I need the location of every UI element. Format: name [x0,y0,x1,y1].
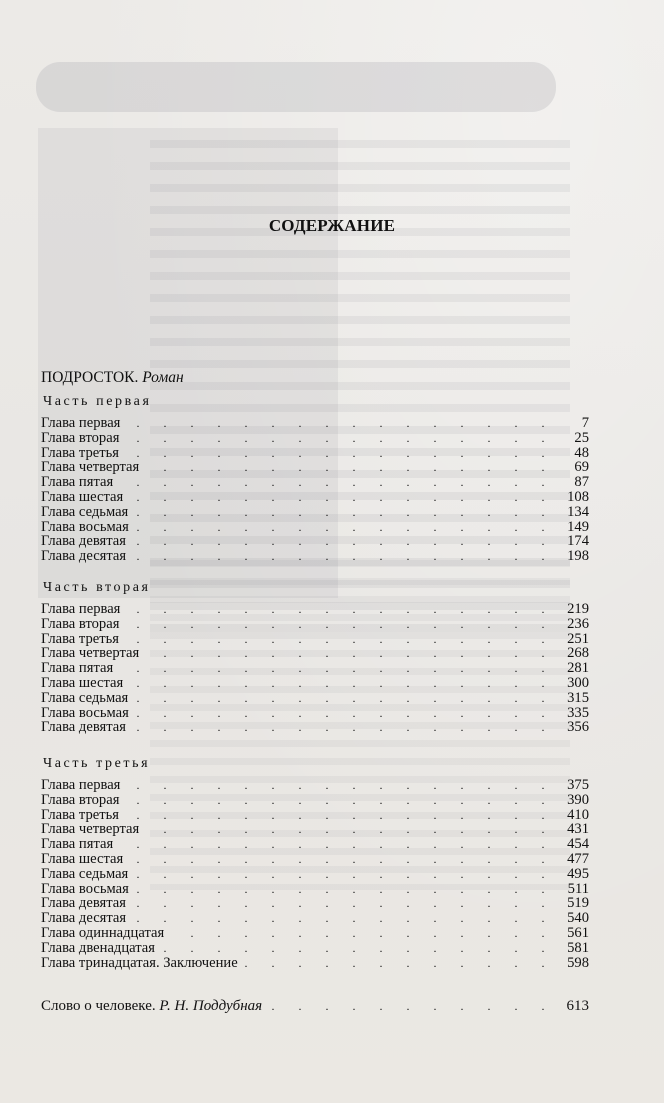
page-number: 454 [563,837,589,852]
leader-dots: . . . . . . . . . . . . . . . . . . . . … [119,837,555,852]
chapter-label: Глава седьмая [41,867,128,882]
leader-dots: . . . . . . . . . . . . . . . . . . . . … [244,956,555,971]
leader-dots: . . . . . . . . . . . . . . . . . . . . … [135,520,555,535]
part-heading: Часть первая [43,394,152,410]
leader-dots: . . . . . . . . . . . . . . . . . . . . … [132,534,555,549]
chapter-label: Глава третья [41,632,119,647]
toc-row[interactable]: Глава восьмая. . . . . . . . . . . . . .… [41,706,589,721]
chapter-label: Глава шестая [41,490,123,505]
toc-row[interactable]: Глава восьмая. . . . . . . . . . . . . .… [41,882,589,897]
toc-row[interactable]: Глава одиннадцатая. . . . . . . . . . . … [41,926,589,941]
book-page: СОДЕРЖАНИЕ ПОДРОСТОК. Роман Часть первая… [0,0,664,1103]
work-title: ПОДРОСТОК. Роман [41,369,184,387]
leader-dots: . . . . . . . . . . . . . . . . . . . . … [126,416,555,431]
toc-row[interactable]: Глава девятая. . . . . . . . . . . . . .… [41,896,589,911]
chapter-list: Глава первая. . . . . . . . . . . . . . … [41,602,589,735]
toc-row[interactable]: Глава девятая. . . . . . . . . . . . . .… [41,534,589,549]
leader-dots: . . . . . . . . . . . . . . . . . . . . … [134,867,555,882]
chapter-label: Глава восьмая [41,882,129,897]
page-number: 356 [563,720,589,735]
chapter-label: Глава девятая [41,720,126,735]
page-number: 48 [563,446,589,461]
chapter-list: Глава первая. . . . . . . . . . . . . . … [41,778,589,970]
leader-dots: . . . . . . . . . . . . . . . . . . . . … [119,661,555,676]
toc-row[interactable]: Глава четвертая. . . . . . . . . . . . .… [41,822,589,837]
page-number: 561 [563,926,589,941]
leader-dots: . . . . . . . . . . . . . . . . . . . . … [125,808,555,823]
chapter-label: Глава одиннадцатая [41,926,164,941]
page-number: 390 [563,793,589,808]
page-number: 315 [563,691,589,706]
work-genre: Роман [142,369,183,386]
page-number: 519 [563,896,589,911]
bleed-through-banner [36,62,556,112]
leader-dots: . . . . . . . . . . . . . . . . . . . . … [135,882,555,897]
toc-row[interactable]: Глава десятая. . . . . . . . . . . . . .… [41,911,589,926]
page-number: 613 [563,999,589,1014]
toc-row[interactable]: Глава пятая. . . . . . . . . . . . . . .… [41,475,589,490]
page-number: 281 [563,661,589,676]
page-number: 198 [563,549,589,564]
chapter-label: Глава пятая [41,475,113,490]
page-number: 7 [563,416,589,431]
chapter-label: Глава третья [41,808,119,823]
page-number: 375 [563,778,589,793]
toc-row[interactable]: Глава двенадцатая. . . . . . . . . . . .… [41,941,589,956]
part-heading: Часть третья [43,756,150,772]
chapter-label: Глава первая [41,602,120,617]
toc-row[interactable]: Глава вторая. . . . . . . . . . . . . . … [41,431,589,446]
page-number: 495 [563,867,589,882]
page-number: 410 [563,808,589,823]
leader-dots: . . . . . . . . . . . . . . . . . . . . … [134,505,555,520]
toc-row[interactable]: Глава третья. . . . . . . . . . . . . . … [41,632,589,647]
leader-dots: . . . . . . . . . . . . . . . . . . . . … [126,602,555,617]
page-title: СОДЕРЖАНИЕ [0,216,664,236]
page-number: 236 [563,617,589,632]
page-number: 87 [563,475,589,490]
leader-dots: . . . . . . . . . . . . . . . . . . . . … [134,691,555,706]
chapter-label: Глава третья [41,446,119,461]
chapter-label: Глава десятая [41,549,126,564]
toc-row[interactable]: Глава десятая. . . . . . . . . . . . . .… [41,549,589,564]
afterword-author: Р. Н. Поддубная [159,998,262,1014]
leader-dots: . . . . . . . . . . . . . . . . . . . . … [268,999,555,1014]
work-name: ПОДРОСТОК. [41,369,138,386]
chapter-label: Глава седьмая [41,505,128,520]
page-number: 268 [563,646,589,661]
toc-row[interactable]: Глава четвертая. . . . . . . . . . . . .… [41,460,589,475]
chapter-label: Глава вторая [41,617,119,632]
chapter-label: Глава десятая [41,911,126,926]
chapter-label: Глава вторая [41,431,119,446]
leader-dots: . . . . . . . . . . . . . . . . . . . . … [161,941,555,956]
chapter-label: Глава шестая [41,852,123,867]
toc-row[interactable]: Глава четвертая. . . . . . . . . . . . .… [41,646,589,661]
page-number: 431 [563,822,589,837]
page-number: 69 [563,460,589,475]
page-number: 149 [563,520,589,535]
page-number: 300 [563,676,589,691]
leader-dots: . . . . . . . . . . . . . . . . . . . . … [170,926,555,941]
toc-row[interactable]: Глава третья. . . . . . . . . . . . . . … [41,446,589,461]
toc-row[interactable]: Глава вторая. . . . . . . . . . . . . . … [41,617,589,632]
chapter-label: Глава девятая [41,534,126,549]
leader-dots: . . . . . . . . . . . . . . . . . . . . … [126,778,555,793]
leader-dots: . . . . . . . . . . . . . . . . . . . . … [129,852,555,867]
leader-dots: . . . . . . . . . . . . . . . . . . . . … [145,822,555,837]
leader-dots: . . . . . . . . . . . . . . . . . . . . … [132,720,555,735]
leader-dots: . . . . . . . . . . . . . . . . . . . . … [125,617,555,632]
page-number: 25 [563,431,589,446]
chapter-label: Глава шестая [41,676,123,691]
page-number: 335 [563,706,589,721]
leader-dots: . . . . . . . . . . . . . . . . . . . . … [132,911,555,926]
leader-dots: . . . . . . . . . . . . . . . . . . . . … [145,460,555,475]
leader-dots: . . . . . . . . . . . . . . . . . . . . … [145,646,555,661]
chapter-label: Глава седьмая [41,691,128,706]
chapter-label: Глава пятая [41,661,113,676]
toc-row[interactable]: Глава шестая. . . . . . . . . . . . . . … [41,490,589,505]
bleed-through-text [150,140,570,640]
leader-dots: . . . . . . . . . . . . . . . . . . . . … [132,549,555,564]
chapter-list: Глава первая. . . . . . . . . . . . . . … [41,416,589,564]
toc-row[interactable]: Глава тринадцатая. Заключение. . . . . .… [41,956,589,971]
afterword-entry: Слово о человеке. Р. Н. Поддубная . . . … [41,999,589,1014]
page-number: 251 [563,632,589,647]
toc-row[interactable]: Глава третья. . . . . . . . . . . . . . … [41,808,589,823]
toc-row[interactable]: Слово о человеке. Р. Н. Поддубная . . . … [41,999,589,1014]
leader-dots: . . . . . . . . . . . . . . . . . . . . … [125,446,555,461]
chapter-label: Глава вторая [41,793,119,808]
toc-row[interactable]: Глава вторая. . . . . . . . . . . . . . … [41,793,589,808]
toc-row[interactable]: Глава пятая. . . . . . . . . . . . . . .… [41,661,589,676]
afterword-label: Слово о человеке. Р. Н. Поддубная [41,999,262,1014]
page-number: 598 [563,956,589,971]
leader-dots: . . . . . . . . . . . . . . . . . . . . … [132,896,555,911]
toc-row[interactable]: Глава пятая. . . . . . . . . . . . . . .… [41,837,589,852]
leader-dots: . . . . . . . . . . . . . . . . . . . . … [129,676,555,691]
leader-dots: . . . . . . . . . . . . . . . . . . . . … [135,706,555,721]
toc-row[interactable]: Глава шестая. . . . . . . . . . . . . . … [41,676,589,691]
toc-row[interactable]: Глава седьмая. . . . . . . . . . . . . .… [41,867,589,882]
toc-row[interactable]: Глава первая. . . . . . . . . . . . . . … [41,778,589,793]
page-number: 174 [563,534,589,549]
page-number: 511 [563,882,589,897]
page-number: 219 [563,602,589,617]
part-heading: Часть вторая [43,580,151,596]
chapter-label: Глава четвертая [41,460,139,475]
chapter-label: Глава первая [41,778,120,793]
toc-row[interactable]: Глава девятая. . . . . . . . . . . . . .… [41,720,589,735]
toc-row[interactable]: Глава восьмая. . . . . . . . . . . . . .… [41,520,589,535]
chapter-label: Глава тринадцатая. Заключение [41,956,238,971]
leader-dots: . . . . . . . . . . . . . . . . . . . . … [125,632,555,647]
toc-row[interactable]: Глава первая. . . . . . . . . . . . . . … [41,416,589,431]
chapter-label: Глава пятая [41,837,113,852]
leader-dots: . . . . . . . . . . . . . . . . . . . . … [125,431,555,446]
page-number: 581 [563,941,589,956]
leader-dots: . . . . . . . . . . . . . . . . . . . . … [125,793,555,808]
page-number: 134 [563,505,589,520]
toc-row[interactable]: Глава седьмая. . . . . . . . . . . . . .… [41,505,589,520]
chapter-label: Глава восьмая [41,520,129,535]
toc-row[interactable]: Глава первая. . . . . . . . . . . . . . … [41,602,589,617]
chapter-label: Глава девятая [41,896,126,911]
toc-row[interactable]: Глава седьмая. . . . . . . . . . . . . .… [41,691,589,706]
page-number: 108 [563,490,589,505]
toc-row[interactable]: Глава шестая. . . . . . . . . . . . . . … [41,852,589,867]
leader-dots: . . . . . . . . . . . . . . . . . . . . … [129,490,555,505]
chapter-label: Глава двенадцатая [41,941,155,956]
page-number: 540 [563,911,589,926]
chapter-label: Глава четвертая [41,646,139,661]
chapter-label: Глава восьмая [41,706,129,721]
chapter-label: Глава четвертая [41,822,139,837]
leader-dots: . . . . . . . . . . . . . . . . . . . . … [119,475,555,490]
chapter-label: Глава первая [41,416,120,431]
page-number: 477 [563,852,589,867]
